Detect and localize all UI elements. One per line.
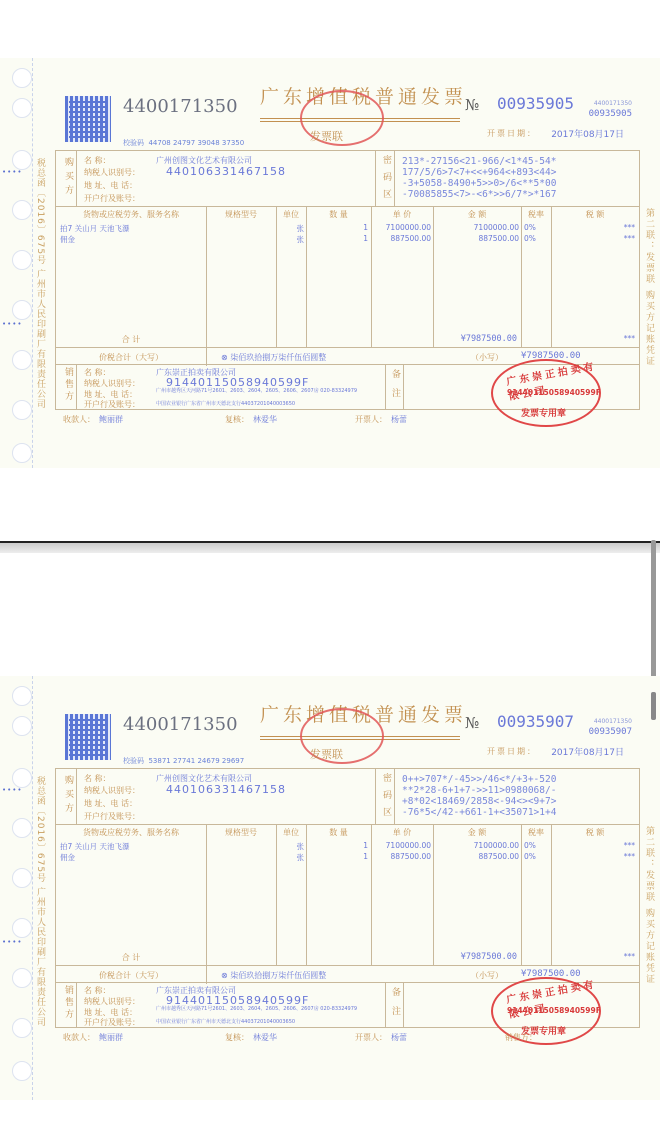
item-price: 7100000.00 (371, 223, 431, 232)
subtotal-tax: *** (551, 952, 635, 961)
cipher-section: 密码区 0++>707*/-45>>/46<*/+3+-520 **2*28-6… (376, 769, 640, 825)
buyer-section: 购买方 名 称： 广州创图文化艺术有限公司 纳税人识别号： 4401063314… (56, 151, 376, 207)
invoice-code: 4400171350 (123, 96, 238, 117)
total-upper: ⊗ 柒佰玖拾捌万柒仟伍佰圆整 (221, 970, 326, 981)
item-qty: 1 (306, 223, 368, 232)
number-mark: № (465, 714, 479, 732)
item-tax: *** (551, 223, 635, 232)
punch-hole (12, 150, 32, 170)
seller-section: 销售方 名 称： 广东崇正拍卖有限公司 纳税人识别号： 914401150589… (56, 365, 386, 409)
item-unit: 张 (276, 234, 304, 245)
copy-name: 发票联 (310, 128, 343, 144)
seller-tax-id-label: 纳税人识别号： (84, 996, 140, 1007)
col-header-rate: 税率 (521, 209, 551, 220)
subtotal-amount: ¥7987500.00 (433, 334, 517, 344)
item-rate: 0% (524, 234, 550, 243)
buyer-tax-id-label: 纳税人识别号： (84, 167, 140, 178)
seller-sign: 销售方： (505, 1032, 537, 1043)
perforated-margin: •••• •••• 税总函〔2016〕675号 广州市人民印刷厂有限责任公司 (0, 58, 55, 468)
company-stamp: 广东崇正拍卖有限公司 91440115058940599F 发票专用章 (491, 359, 601, 427)
seller-bank-label: 开户行及账号： (84, 399, 140, 410)
item-price: 887500.00 (371, 852, 431, 861)
buyer-bank-label: 开户行及账号： (84, 193, 140, 204)
buyer-tax-id: 440106331467158 (166, 783, 286, 796)
col-header-spec: 规格型号 (206, 827, 276, 838)
reviewer: 复核：林爱华 (225, 1032, 277, 1043)
punch-hole (12, 98, 32, 118)
copy-name: 发票联 (310, 746, 343, 762)
punch-hole (12, 200, 32, 220)
remark-label: 备注 (389, 369, 402, 407)
issuer: 开票人：杨蕾 (355, 414, 407, 425)
seller-address: 广州市越秀区天河路71号2601、2603、2604、2605、2606、260… (156, 388, 381, 394)
invoice-number: 00935905 (497, 94, 574, 113)
punch-hole (12, 918, 32, 938)
invoice-page-2: •••• •••• 税总函〔2016〕675号 广州市人民印刷厂有限责任公司 第… (0, 676, 660, 1100)
seller-tax-id-label: 纳税人识别号： (84, 378, 140, 389)
item-unit: 张 (276, 852, 304, 863)
invoice-date: 2017年08月17日 (551, 745, 624, 758)
invoice-table: 购买方 名 称： 广州创图文化艺术有限公司 纳税人识别号： 4401063314… (55, 150, 640, 410)
subtotal-row: 合 计 ¥7987500.00 *** (56, 331, 639, 347)
punch-hole (12, 1061, 32, 1081)
buyer-heading: 购买方 (62, 157, 75, 199)
seller-bank: 中国农业银行广东省广州市天德北支行44037201040003650 (156, 400, 295, 407)
perforation-line (32, 676, 33, 1100)
item-price: 7100000.00 (371, 841, 431, 850)
buyer-name-label: 名 称： (84, 773, 111, 784)
check-code: 校验码 44708 24797 39048 37350 (123, 138, 244, 148)
item-rate: 0% (524, 223, 550, 232)
col-header-tax: 税 额 (551, 827, 639, 838)
subtotal-label: 合 计 (56, 334, 206, 345)
perforation-dots: •••• (2, 786, 23, 794)
punch-hole (12, 350, 32, 370)
col-header-amount: 金 额 (433, 827, 521, 838)
punch-hole (12, 686, 32, 706)
total-upper: ⊗ 柒佰玖拾捌万柒仟伍佰圆整 (221, 352, 326, 363)
payee: 收款人：鲍丽群 (63, 414, 123, 425)
cipher-text: 213*-27156<21-966/<1*45-54* 177/5/6>7<7+… (402, 156, 556, 200)
col-header-qty: 数 量 (306, 827, 371, 838)
seller-address: 广州市越秀区天河路71号2601、2603、2604、2605、2606、260… (156, 1006, 381, 1012)
check-code: 校验码 53871 27741 24679 29697 (123, 756, 244, 766)
qr-code-icon (65, 714, 111, 760)
col-header-price: 单 价 (371, 827, 433, 838)
invoice-code: 4400171350 (123, 714, 238, 735)
buyer-address-label: 地 址、电 话： (84, 180, 137, 191)
perforation-dots: •••• (2, 320, 23, 328)
punch-hole (12, 400, 32, 420)
cipher-heading: 密码区 (380, 155, 393, 206)
page-separator-shadow (0, 543, 660, 553)
buyer-section: 购买方 名 称： 广州创图文化艺术有限公司 纳税人识别号： 4401063314… (56, 769, 376, 825)
col-header-unit: 单位 (276, 209, 306, 220)
item-tax: *** (551, 234, 635, 243)
item-amount: 7100000.00 (433, 223, 519, 232)
total-upper-label: 价税合计（大写） (56, 970, 206, 981)
buyer-bank-label: 开户行及账号： (84, 811, 140, 822)
item-unit: 张 (276, 223, 304, 234)
punch-hole (12, 443, 32, 463)
qr-code-icon (65, 96, 111, 142)
item-amount: 7100000.00 (433, 841, 519, 850)
seller-name-label: 名 称： (84, 985, 111, 996)
col-header-price: 单 价 (371, 209, 433, 220)
col-header-rate: 税率 (521, 827, 551, 838)
punch-hole (12, 768, 32, 788)
col-header-tax: 税 额 (551, 209, 639, 220)
invoice-number: 00935907 (497, 712, 574, 731)
seller-section: 销售方 名 称： 广东崇正拍卖有限公司 纳税人识别号： 914401150589… (56, 983, 386, 1027)
printer-note: 税总函〔2016〕675号 广州市人民印刷厂有限责任公司 (34, 158, 47, 409)
remark-heading-cell: 备注 (386, 365, 404, 409)
cipher-section: 密码区 213*-27156<21-966/<1*45-54* 177/5/6>… (376, 151, 640, 207)
invoice-code-printed: 4400171350 (594, 718, 632, 725)
buyer-heading: 购买方 (62, 775, 75, 817)
invoice-date: 2017年08月17日 (551, 127, 624, 140)
total-lower-label: （小写） (471, 352, 503, 363)
buyer-tax-id-label: 纳税人识别号： (84, 785, 140, 796)
col-header-unit: 单位 (276, 827, 306, 838)
item-price: 887500.00 (371, 234, 431, 243)
punch-hole (12, 300, 32, 320)
payee: 收款人：鲍丽群 (63, 1032, 123, 1043)
seller-heading: 销售方 (62, 985, 75, 1021)
item-name: 拍7 关山月 天池飞瀑 (60, 223, 206, 234)
item-tax: *** (551, 841, 635, 850)
item-tax: *** (551, 852, 635, 861)
punch-hole (12, 68, 32, 88)
invoice-table: 购买方 名 称： 广州创图文化艺术有限公司 纳税人识别号： 4401063314… (55, 768, 640, 1028)
item-qty: 1 (306, 841, 368, 850)
buyer-tax-id: 440106331467158 (166, 165, 286, 178)
item-qty: 1 (306, 852, 368, 861)
cipher-text: 0++>707*/-45>>/46<*/+3+-520 **2*28-6+1+7… (402, 774, 556, 818)
date-label: 开票日期： (487, 746, 537, 757)
seller-bank: 中国农业银行广东省广州市天德北支行44037201040003650 (156, 1018, 295, 1025)
perforation-dots: •••• (2, 938, 23, 946)
invoice-code-printed: 4400171350 (594, 100, 632, 107)
copy-note: 第二联：发票联 购买方记账凭证 (643, 826, 656, 985)
item-amount: 887500.00 (433, 852, 519, 861)
reviewer: 复核：林爱华 (225, 414, 277, 425)
seller-heading: 销售方 (62, 367, 75, 403)
item-rate: 0% (524, 841, 550, 850)
buyer-name-label: 名 称： (84, 155, 111, 166)
subtotal-label: 合 计 (56, 952, 206, 963)
item-amount: 887500.00 (433, 234, 519, 243)
perforated-margin: •••• •••• 税总函〔2016〕675号 广州市人民印刷厂有限责任公司 (0, 676, 55, 1100)
buyer-address-label: 地 址、电 话： (84, 798, 137, 809)
punch-hole (12, 818, 32, 838)
item-qty: 1 (306, 234, 368, 243)
date-label: 开票日期： (487, 128, 537, 139)
seller-name-label: 名 称： (84, 367, 111, 378)
printer-note: 税总函〔2016〕675号 广州市人民印刷厂有限责任公司 (34, 776, 47, 1027)
item-name: 佣金 (60, 234, 206, 245)
item-name: 佣金 (60, 852, 206, 863)
subtotal-tax: *** (551, 334, 635, 343)
perforation-line (32, 58, 33, 468)
perforation-dots: •••• (2, 168, 23, 176)
invoice-number-printed: 00935905 (589, 109, 632, 119)
number-mark: № (465, 96, 479, 114)
invoice-number-printed: 00935907 (589, 727, 632, 737)
punch-hole (12, 868, 32, 888)
item-unit: 张 (276, 841, 304, 852)
col-header-name: 货物或应税劳务、服务名称 (56, 827, 206, 838)
item-name: 拍7 关山月 天池飞瀑 (60, 841, 206, 852)
punch-hole (12, 250, 32, 270)
seller-bank-label: 开户行及账号： (84, 1017, 140, 1028)
punch-hole (12, 968, 32, 988)
remark-label: 备注 (389, 987, 402, 1025)
col-header-qty: 数 量 (306, 209, 371, 220)
invoice-page-1: •••• •••• 税总函〔2016〕675号 广州市人民印刷厂有限责任公司 第… (0, 58, 660, 468)
total-upper-label: 价税合计（大写） (56, 352, 206, 363)
col-header-name: 货物或应税劳务、服务名称 (56, 209, 206, 220)
scrollbar-thumb[interactable] (651, 692, 656, 720)
col-header-spec: 规格型号 (206, 209, 276, 220)
subtotal-amount: ¥7987500.00 (433, 952, 517, 962)
punch-hole (12, 716, 32, 736)
punch-hole (12, 1018, 32, 1038)
copy-note: 第二联：发票联 购买方记账凭证 (643, 208, 656, 367)
issuer: 开票人：杨蕾 (355, 1032, 407, 1043)
col-header-amount: 金 额 (433, 209, 521, 220)
total-lower-label: （小写） (471, 970, 503, 981)
cipher-heading: 密码区 (380, 773, 393, 824)
remark-heading-cell: 备注 (386, 983, 404, 1027)
item-rate: 0% (524, 852, 550, 861)
subtotal-row: 合 计 ¥7987500.00 *** (56, 949, 639, 965)
